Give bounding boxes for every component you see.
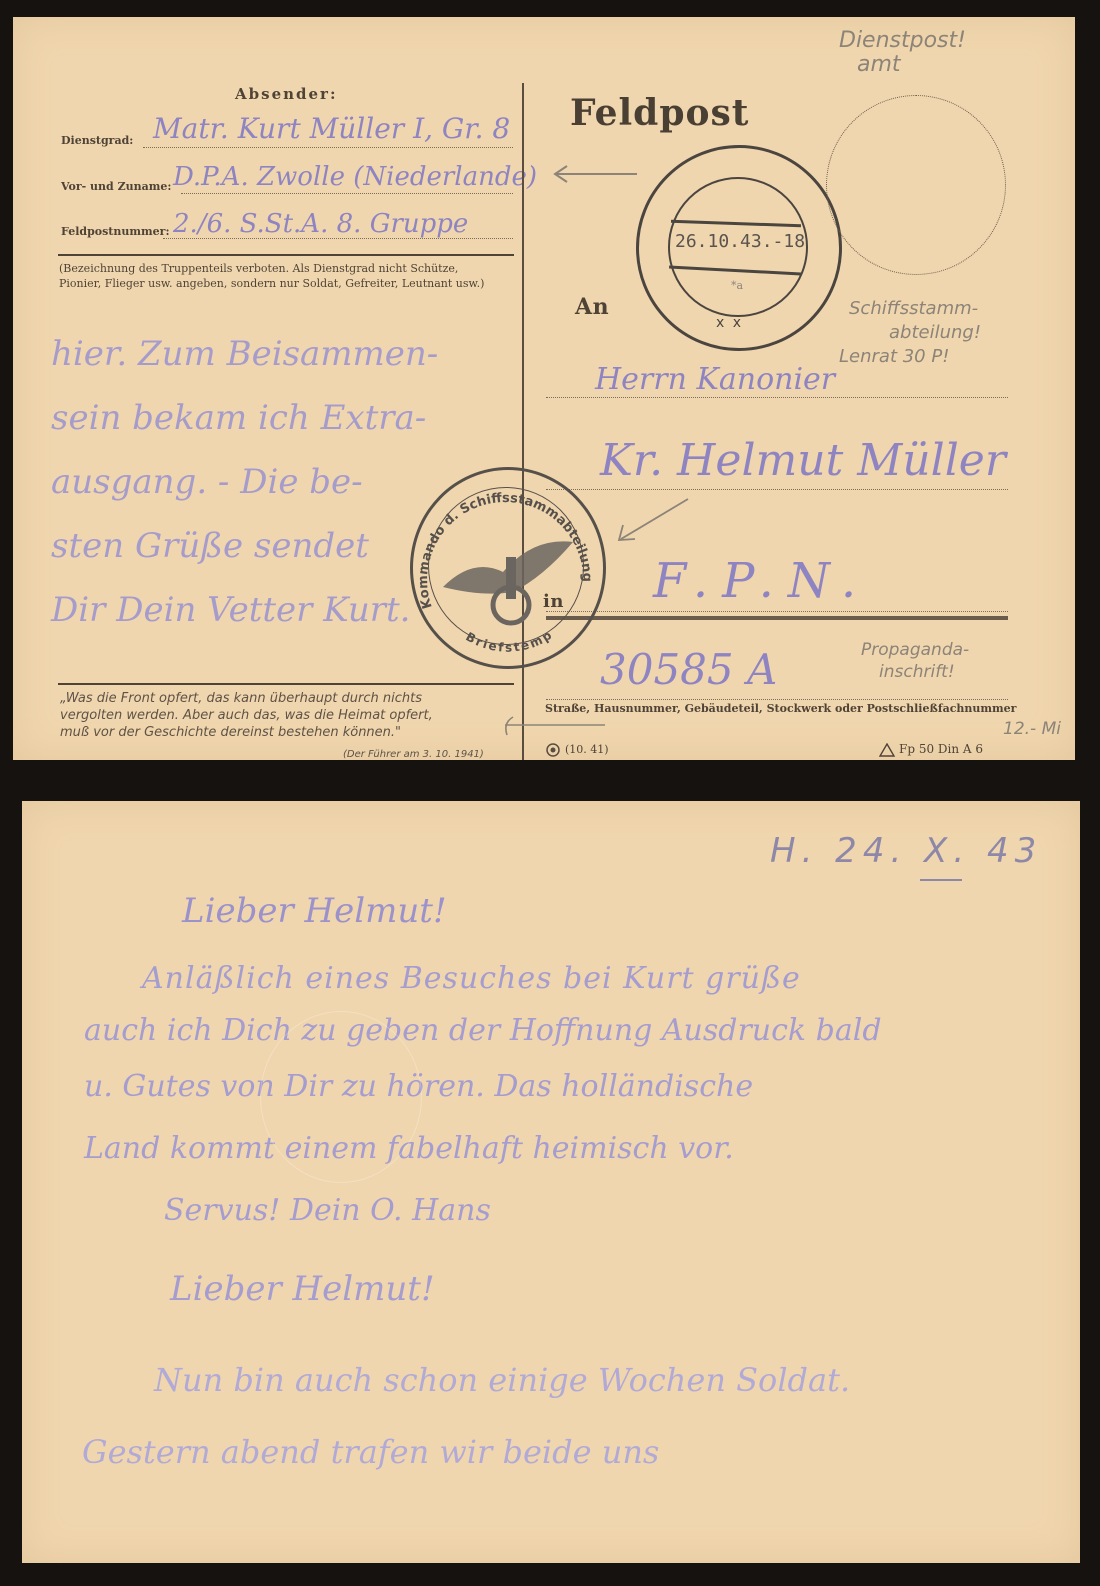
sender-heading: Absender: (235, 85, 338, 103)
pencil-line: Lenrat 30 P! (839, 345, 981, 369)
recipient-title: Herrn Kanonier (595, 362, 835, 397)
postmark-code: x x (716, 315, 743, 331)
instruction-line: Pionier, Flieger usw. angeben, sondern n… (59, 276, 484, 291)
recipient-name: Kr. Helmut Müller (600, 435, 1006, 486)
letter-line: Nun bin auch schon einige Wochen Soldat. (154, 1361, 850, 1399)
instruction-line: (Bezeichnung des Truppenteils verboten. … (59, 261, 484, 276)
feldpost-title: Feldpost (570, 92, 749, 134)
address-line-3 (546, 611, 1008, 612)
pencil-note-top: Dienstpost! amt (839, 29, 966, 77)
pencil-line: Propaganda- (861, 639, 969, 661)
address-rule (546, 616, 1008, 620)
arrow-left-bottom-icon (499, 715, 609, 739)
pencil-line: abteilung! (849, 321, 981, 345)
svg-text:Kommando d. Schiffsstammabteil: Kommando d. Schiffsstammabteilung (416, 491, 594, 610)
pencil-price: 12.- Mi (1003, 719, 1061, 739)
triangle-icon (879, 743, 895, 757)
greeting-1: Lieber Helmut! (182, 891, 447, 931)
greeting-2: Lieber Helmut! (170, 1269, 435, 1309)
quote-rule (58, 683, 514, 685)
arrow-left-icon (551, 162, 641, 186)
stamp-placeholder (826, 95, 1006, 275)
message-line: hier. Zum Beisammen- (51, 322, 438, 386)
letter-line: Gestern abend trafen wir beide uns (82, 1433, 659, 1471)
pencil-line: Schiffsstamm- (849, 297, 981, 321)
postcard-back: H. 24. X. 43 Lieber Helmut! Anläßlich ei… (22, 801, 1080, 1563)
quote-line: „Was die Front opfert, das kann überhaup… (60, 690, 433, 707)
instruction-note: (Bezeichnung des Truppenteils verboten. … (59, 261, 484, 291)
message-text: hier. Zum Beisammen- sein bekam ich Extr… (51, 322, 438, 642)
quote-line: muß vor der Geschichte dereinst bestehen… (60, 724, 433, 741)
unit-stamp-text: Kommando d. Schiffsstammabteilung Briefs… (410, 467, 600, 663)
quote-attribution: (Der Führer am 3. 10. 1941) (343, 746, 484, 763)
message-line: ausgang. - Die be- (51, 450, 438, 514)
print-code-left: (10. 41) (565, 743, 609, 756)
fieldpost-number-value: 2./6. S.St.A. 8. Gruppe (173, 209, 468, 239)
sender-rule (58, 254, 514, 256)
pencil-note-middle: Schiffsstamm- abteilung! Lenrat 30 P! (849, 297, 981, 369)
letter-line: Anläßlich eines Besuches bei Kurt grüße (142, 961, 801, 996)
quote-line: vergolten werden. Aber auch das, was die… (60, 707, 433, 724)
eagle-emblem-icon (546, 743, 560, 757)
name-dotline (181, 193, 513, 194)
address-caption: Straße, Hausnummer, Gebäudeteil, Stockwe… (545, 702, 1016, 715)
to-label: An (575, 294, 609, 320)
address-line-4 (546, 699, 1008, 700)
name-value: D.P.A. Zwolle (Niederlande) (173, 162, 537, 192)
postmark-date: 26.10.43.-18 (675, 231, 805, 252)
letter-signoff: Servus! Dein O. Hans (164, 1193, 491, 1228)
pencil-line: inschrift! (861, 661, 969, 683)
recipient-fpn: F.P.N. (653, 553, 870, 609)
fieldpost-number-label: Feldpostnummer: (61, 225, 170, 238)
message-line: sten Grüße sendet (51, 514, 438, 578)
postcard-front: Absender: Dienstgrad: Matr. Kurt Müller … (13, 17, 1075, 760)
letter-date: H. 24. X. 43 (770, 831, 1042, 871)
name-label: Vor- und Zuname: (61, 180, 171, 193)
pencil-line: Dienstpost! (839, 29, 966, 53)
propaganda-quote: „Was die Front opfert, das kann überhaup… (60, 690, 433, 741)
message-line: sein bekam ich Extra- (51, 386, 438, 450)
print-code-right: Fp 50 Din A 6 (899, 742, 983, 756)
address-line-1 (546, 397, 1008, 398)
postmark-mid: *a (731, 279, 743, 292)
letter-line: auch ich Dich zu geben der Hoffnung Ausd… (84, 1013, 882, 1048)
rank-dotline (143, 147, 513, 148)
date-underline (920, 879, 962, 881)
pencil-line: amt (839, 53, 966, 77)
recipient-fpn-number: 30585 A (600, 645, 777, 694)
address-line-2 (546, 489, 1008, 490)
emboss-mark (260, 1011, 422, 1183)
pencil-note-bottom: Propaganda- inschrift! (861, 639, 969, 683)
unit-stamp-top-text: Kommando d. Schiffsstammabteilung (416, 491, 594, 610)
rank-label: Dienstgrad: (61, 134, 133, 147)
rank-value: Matr. Kurt Müller I, Gr. 8 (153, 112, 510, 145)
arrow-down-left-icon (613, 495, 693, 545)
message-line: Dir Dein Vetter Kurt. (51, 578, 438, 642)
